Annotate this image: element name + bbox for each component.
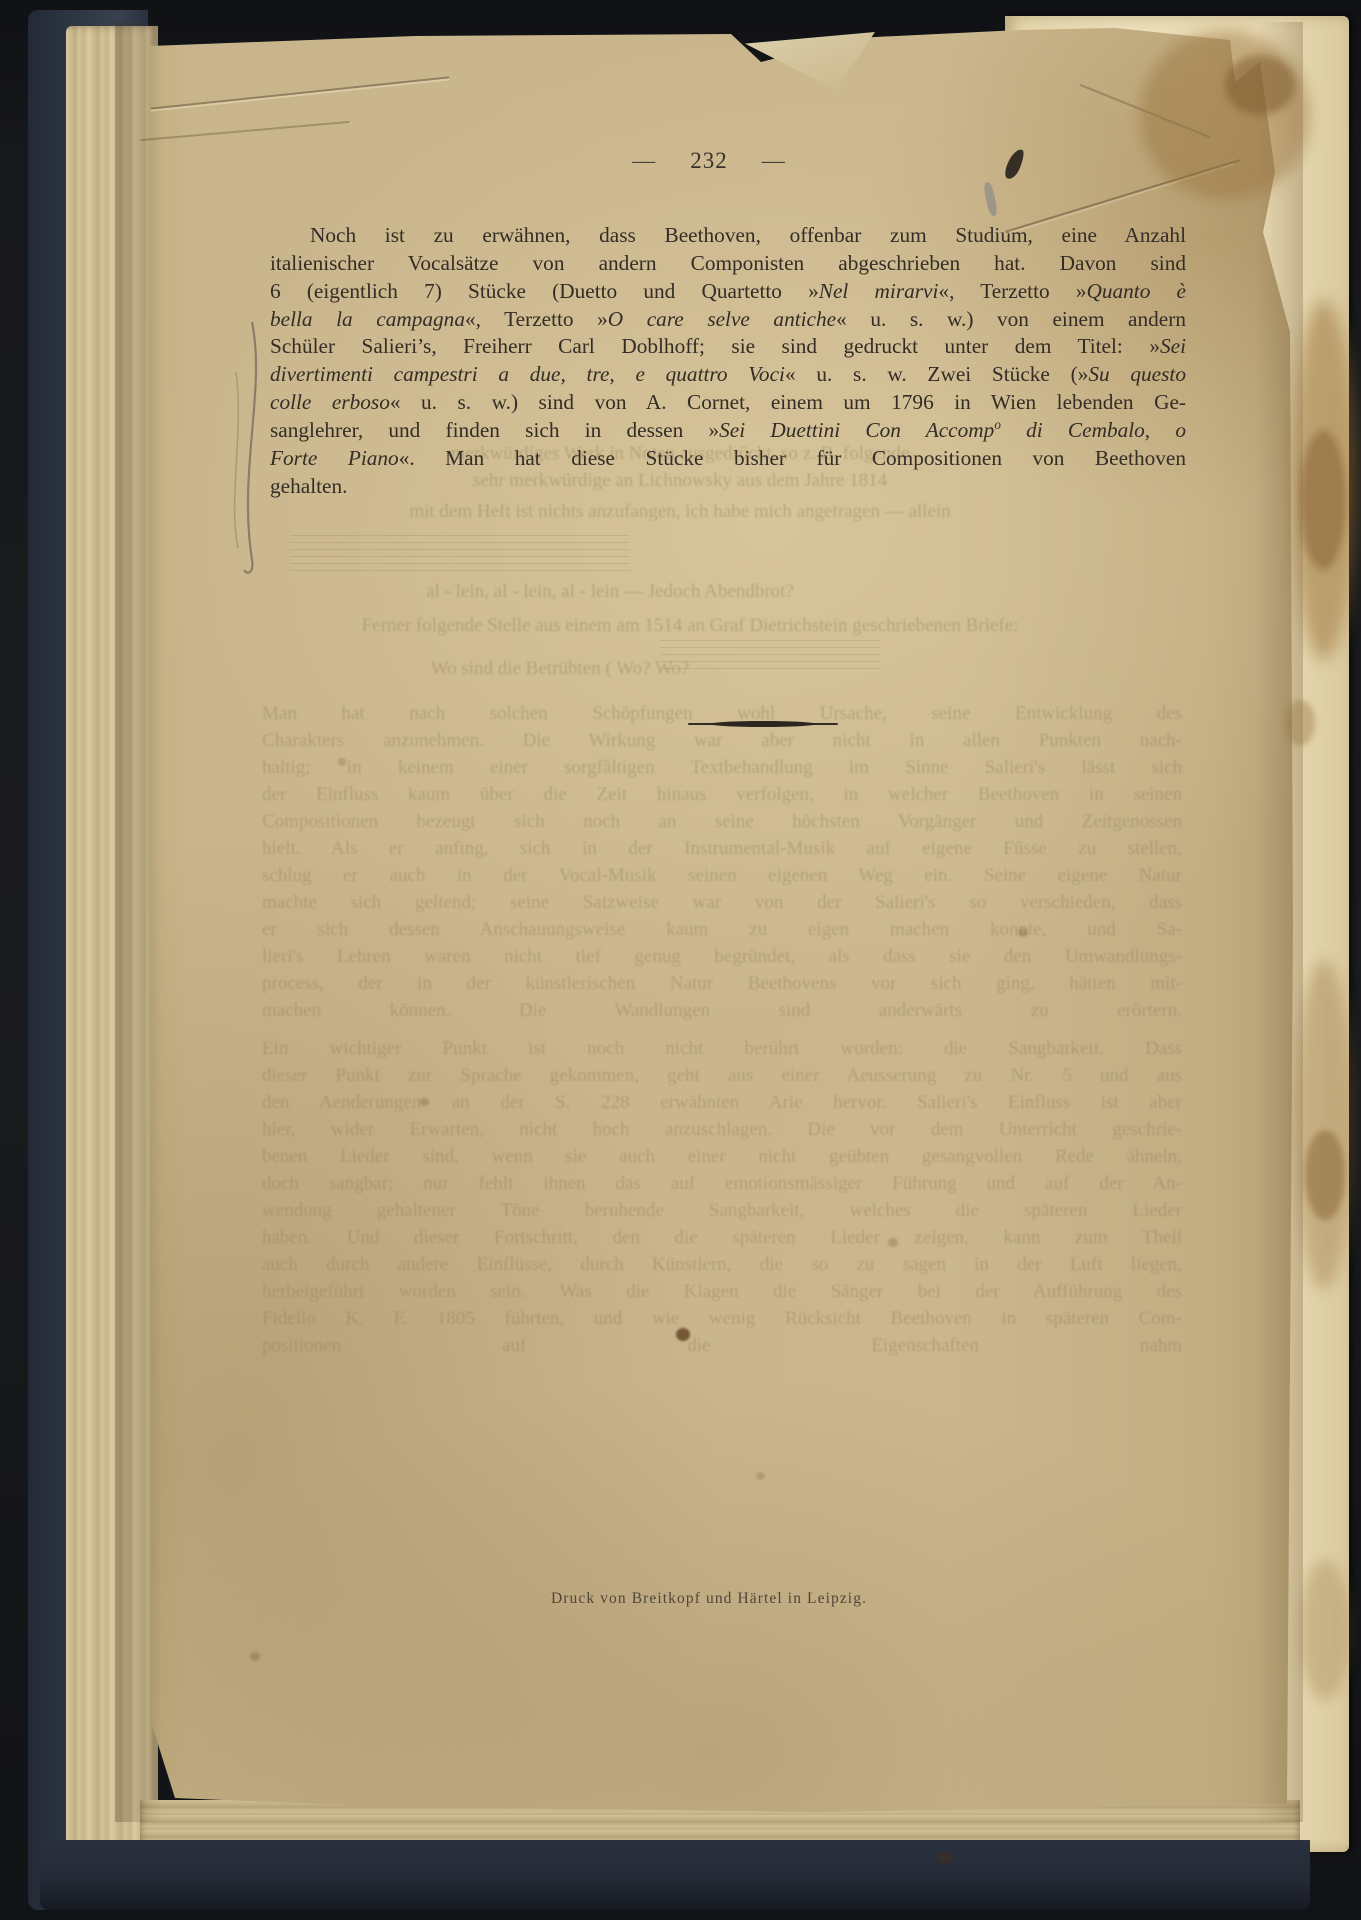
book-cover-bottom-edge xyxy=(40,1840,1310,1910)
page-number: —232— xyxy=(115,148,1303,174)
paragraph-line: 6 (eigentlich 7) Stücke (Duetto und Quar… xyxy=(270,278,1186,306)
paragraph-line: colle erboso« u. s. w.) sind von A. Corn… xyxy=(270,389,1186,417)
printer-imprint: Druck von Breitkopf und Härtel in Leipzi… xyxy=(115,1590,1303,1608)
paragraph-line: Noch ist zu erwähnen, dass Beethoven, of… xyxy=(270,222,1186,250)
divider-swell xyxy=(710,721,816,727)
swelled-rule-divider xyxy=(688,720,838,727)
paragraph-line: italienischer Vocalsätze von andern Comp… xyxy=(270,250,1186,278)
main-paragraph: Noch ist zu erwähnen, dass Beethoven, of… xyxy=(270,222,1186,500)
paragraph-line: bella la campagna«, Terzetto »O care sel… xyxy=(270,306,1186,334)
paragraph-line: sanglehrer, und finden sich in dessen »S… xyxy=(270,417,1186,445)
scanned-book-photograph: merkwürdiges Werk in Noten ausgedrückt, … xyxy=(0,0,1361,1920)
paragraph-line: gehalten. xyxy=(270,473,1186,501)
page-number-value: 232 xyxy=(690,148,728,173)
header-dash-left: — xyxy=(632,148,656,173)
paragraph-line: divertimenti campestri a due, tre, e qua… xyxy=(270,361,1186,389)
paragraph-line: Forte Piano«. Man hat diese Stücke bishe… xyxy=(270,445,1186,473)
paragraph-line: Schüler Salieri’s, Freiherr Carl Doblhof… xyxy=(270,333,1186,361)
header-dash-right: — xyxy=(762,148,786,173)
